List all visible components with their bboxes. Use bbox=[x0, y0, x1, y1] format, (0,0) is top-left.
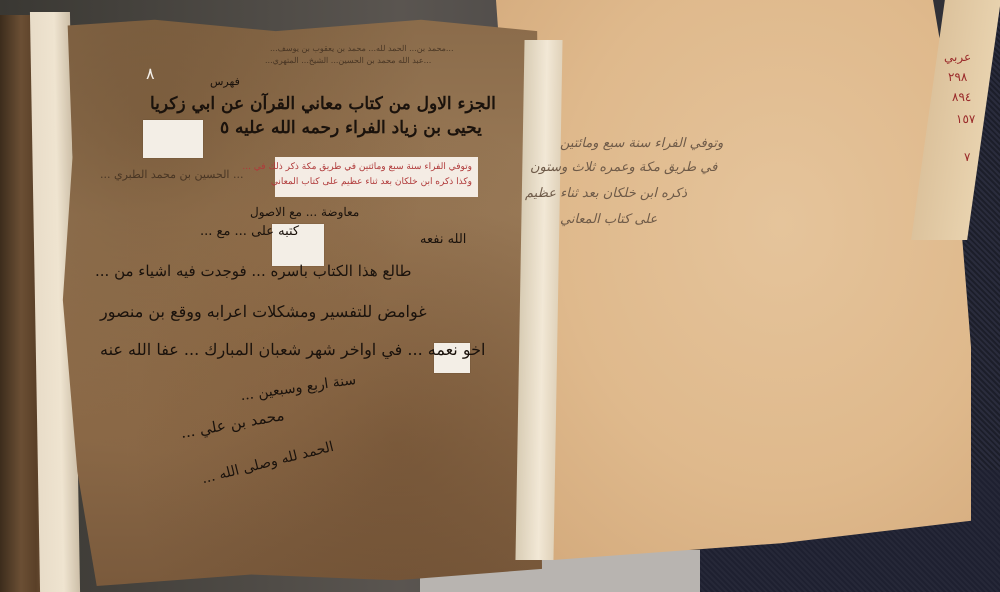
shelf-mark: عربي bbox=[944, 50, 971, 64]
ownership-note: ... الحسين بن محمد الطبري ... bbox=[100, 168, 243, 181]
ownership-note: طالع هذا الكتاب باسره ... فوجدت فيه اشيا… bbox=[95, 262, 412, 280]
title-line-2: يحيى بن زياد الفراء رحمه الله عليه ٥ bbox=[220, 118, 482, 138]
ownership-note: اخو نعمه ... في اواخر شهر شعبان المبارك … bbox=[100, 340, 485, 359]
paper-repair-patch bbox=[143, 120, 203, 158]
red-ink-label-slip: وتوفي الفراء سنة سبع ومائتين في طريق مكة… bbox=[275, 157, 478, 197]
small-heading: فهرس bbox=[210, 75, 240, 88]
shelf-mark: ٢٩٨ bbox=[948, 70, 967, 84]
photo-scene: ٨ ...محمد بن... الحمد لله... محمد بن يعق… bbox=[0, 0, 1000, 592]
ownership-note: غوامض للتفسير ومشكلات اعرابه ووقع بن منص… bbox=[100, 302, 427, 321]
margin-note: ...محمد بن... الحمد لله... محمد بن يعقوب… bbox=[270, 44, 454, 53]
ownership-note: معاوضة ... مع الاصول bbox=[250, 205, 359, 219]
folio-number: ٨ bbox=[146, 64, 155, 83]
pencil-note-line: وتوفي الفراء سنة سبع ومائتين bbox=[560, 136, 723, 151]
pencil-note-line: ذكره ابن خلكان بعد ثناء عظيم bbox=[525, 186, 687, 201]
title-line-1: الجزء الاول من كتاب معاني القرآن عن ابي … bbox=[150, 94, 496, 114]
right-page bbox=[496, 0, 971, 560]
shelf-mark: ٧ bbox=[964, 150, 970, 164]
pencil-note-line: في طريق مكة وعمره ثلاث وستون bbox=[530, 160, 717, 175]
shelf-mark: ٨٩٤ bbox=[952, 90, 971, 104]
red-label-line: وكذا ذكره ابن خلكان بعد ثناء عظيم على كت… bbox=[281, 175, 472, 190]
red-label-line: وتوفي الفراء سنة سبع ومائتين في طريق مكة… bbox=[281, 160, 472, 175]
pencil-note-line: على كتاب المعاني bbox=[560, 212, 657, 227]
shelf-mark: ١٥٧ bbox=[956, 112, 975, 126]
ownership-note: كتبه على ... مع ... bbox=[200, 224, 299, 239]
margin-note: ...عبد الله محمد بن الحسين... الشيخ... ا… bbox=[265, 56, 431, 65]
ownership-note: الله نفعه bbox=[420, 232, 466, 247]
